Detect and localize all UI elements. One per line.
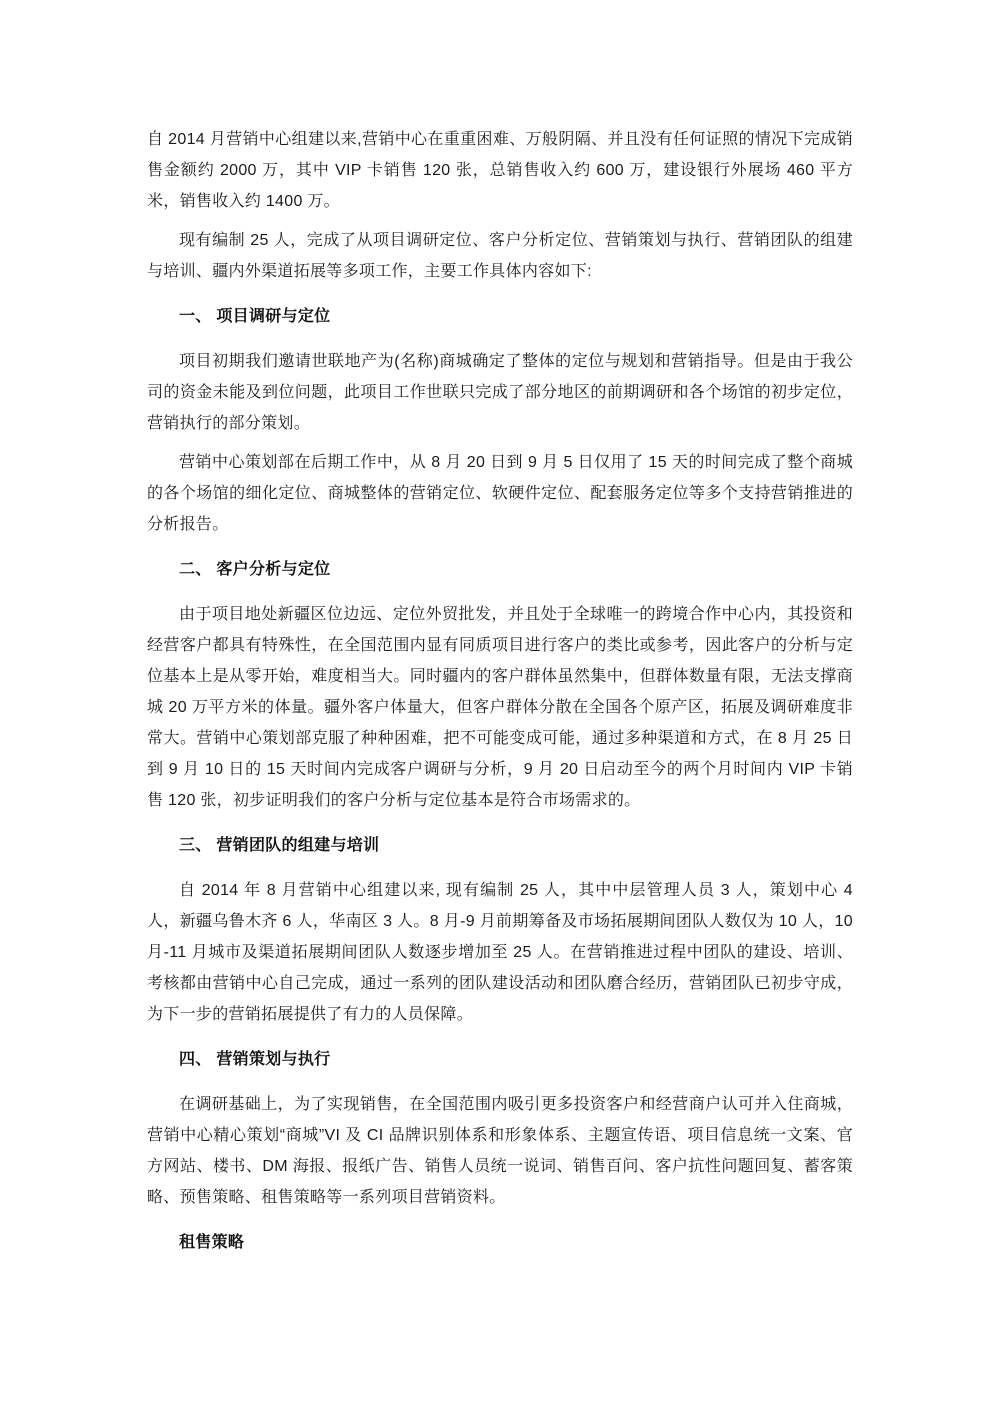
marketing-planning-paragraph: 在调研基础上，为了实现销售，在全国范围内吸引更多投资客户和经营商户认可并入住商城…	[147, 1089, 853, 1213]
team-building-paragraph: 自 2014 年 8 月营销中心组建以来, 现有编制 25 人，其中中层管理人员…	[147, 875, 853, 1030]
staffing-overview-paragraph: 现有编制 25 人，完成了从项目调研定位、客户分析定位、营销策划与执行、营销团队…	[147, 225, 853, 287]
intro-paragraph: 自 2014 月营销中心组建以来,营销中心在重重困难、万般阴隔、并且没有任何证照…	[147, 124, 853, 217]
subsection-heading-leasing-strategy: 租售策略	[147, 1227, 853, 1258]
document-page: 自 2014 月营销中心组建以来,营销中心在重重困难、万般阴隔、并且没有任何证照…	[147, 0, 853, 1258]
customer-analysis-paragraph: 由于项目地处新疆区位边远、定位外贸批发，并且处于全球唯一的跨境合作中心内，其投资…	[147, 599, 853, 816]
section-heading-team-building: 三、 营销团队的组建与培训	[147, 830, 853, 861]
section-heading-customer-analysis: 二、 客户分析与定位	[147, 554, 853, 585]
project-research-paragraph-1: 项目初期我们邀请世联地产为(名称)商城确定了整体的定位与规划和营销指导。但是由于…	[147, 346, 853, 439]
section-heading-project-research: 一、 项目调研与定位	[147, 301, 853, 332]
section-heading-marketing-planning: 四、 营销策划与执行	[147, 1044, 853, 1075]
project-research-paragraph-2: 营销中心策划部在后期工作中，从 8 月 20 日到 9 月 5 日仅用了 15 …	[147, 447, 853, 540]
